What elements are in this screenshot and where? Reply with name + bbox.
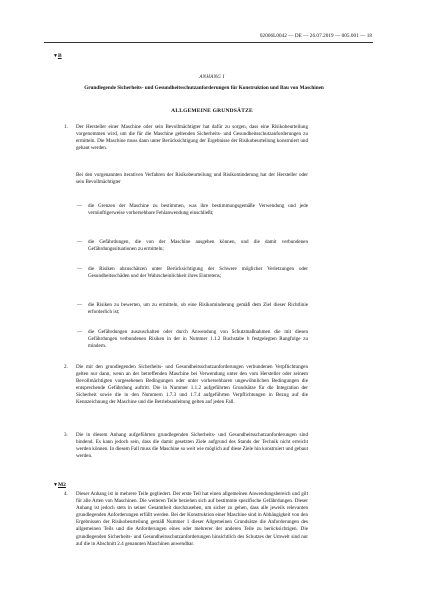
paragraph-text: Der Hersteller einer Maschine oder sein … [76,124,308,151]
dash-marker: — [77,239,82,246]
marker-m2: ▼M2 [53,482,66,488]
paragraph-2: 2. Die mit den grundlegenden Sicherheits… [76,364,308,407]
paragraph-number: 2. [64,364,68,371]
dash-marker: — [77,266,82,273]
marker-b: ▼B [53,53,62,59]
dash-item-text: die Gefährdungen, die von der Maschine a… [88,239,308,252]
paragraph-intro: Bei den vorgenannten iterativen Verfahre… [76,172,308,186]
dash-marker: — [77,203,82,210]
main-title: Grundlegende Sicherheits- und Gesundheit… [80,85,328,92]
dash-marker: — [77,329,82,336]
paragraph-3: 3. Die in diesem Anhang aufgeführten gru… [76,432,308,460]
marker-code: M2 [58,482,66,488]
section-heading: ALLGEMEINE GRUNDSÄTZE [0,108,424,114]
paragraph-text: Die in diesem Anhang aufgeführten grundl… [76,432,308,459]
annex-title: ANHANG I [0,75,424,80]
dash-item-4: — die Risiken zu bewerten, um zu ermitte… [88,302,308,316]
paragraph-text: Dieser Anhang ist in mehrere Teile gegli… [76,491,308,547]
dash-marker: — [77,302,82,309]
dash-item-text: die Risiken zu bewerten, um zu ermitteln… [88,302,308,315]
paragraph-1: 1. Der Hersteller einer Maschine oder se… [76,124,308,152]
paragraph-text: Die mit den grundlegenden Sicherheits- u… [76,364,308,405]
header-reference: 02006L0042 — DE — 26.07.2019 — 005.001 —… [260,33,372,39]
dash-item-text: die Grenzen der Maschine zu bestimmen, w… [88,203,308,216]
dash-item-text: die Risiken abzuschätzen unter Berücksic… [88,266,308,279]
paragraph-number: 3. [64,432,68,439]
marker-code: B [58,53,62,59]
paragraph-text: Bei den vorgenannten iterativen Verfahre… [76,172,308,185]
dash-item-5: — die Gefährdungen auszuschalten oder du… [88,329,308,350]
dash-item-2: — die Gefährdungen, die von der Maschine… [88,239,308,253]
dash-item-text: die Gefährdungen auszuschalten oder durc… [88,329,308,349]
paragraph-number: 1. [64,124,68,131]
dash-item-3: — die Risiken abzuschätzen unter Berücks… [88,266,308,280]
paragraph-4: 4. Dieser Anhang ist in mehrere Teile ge… [76,491,308,548]
paragraph-number: 4. [64,491,68,498]
dash-item-1: — die Grenzen der Maschine zu bestimmen,… [88,203,308,217]
header-rule [44,42,373,43]
